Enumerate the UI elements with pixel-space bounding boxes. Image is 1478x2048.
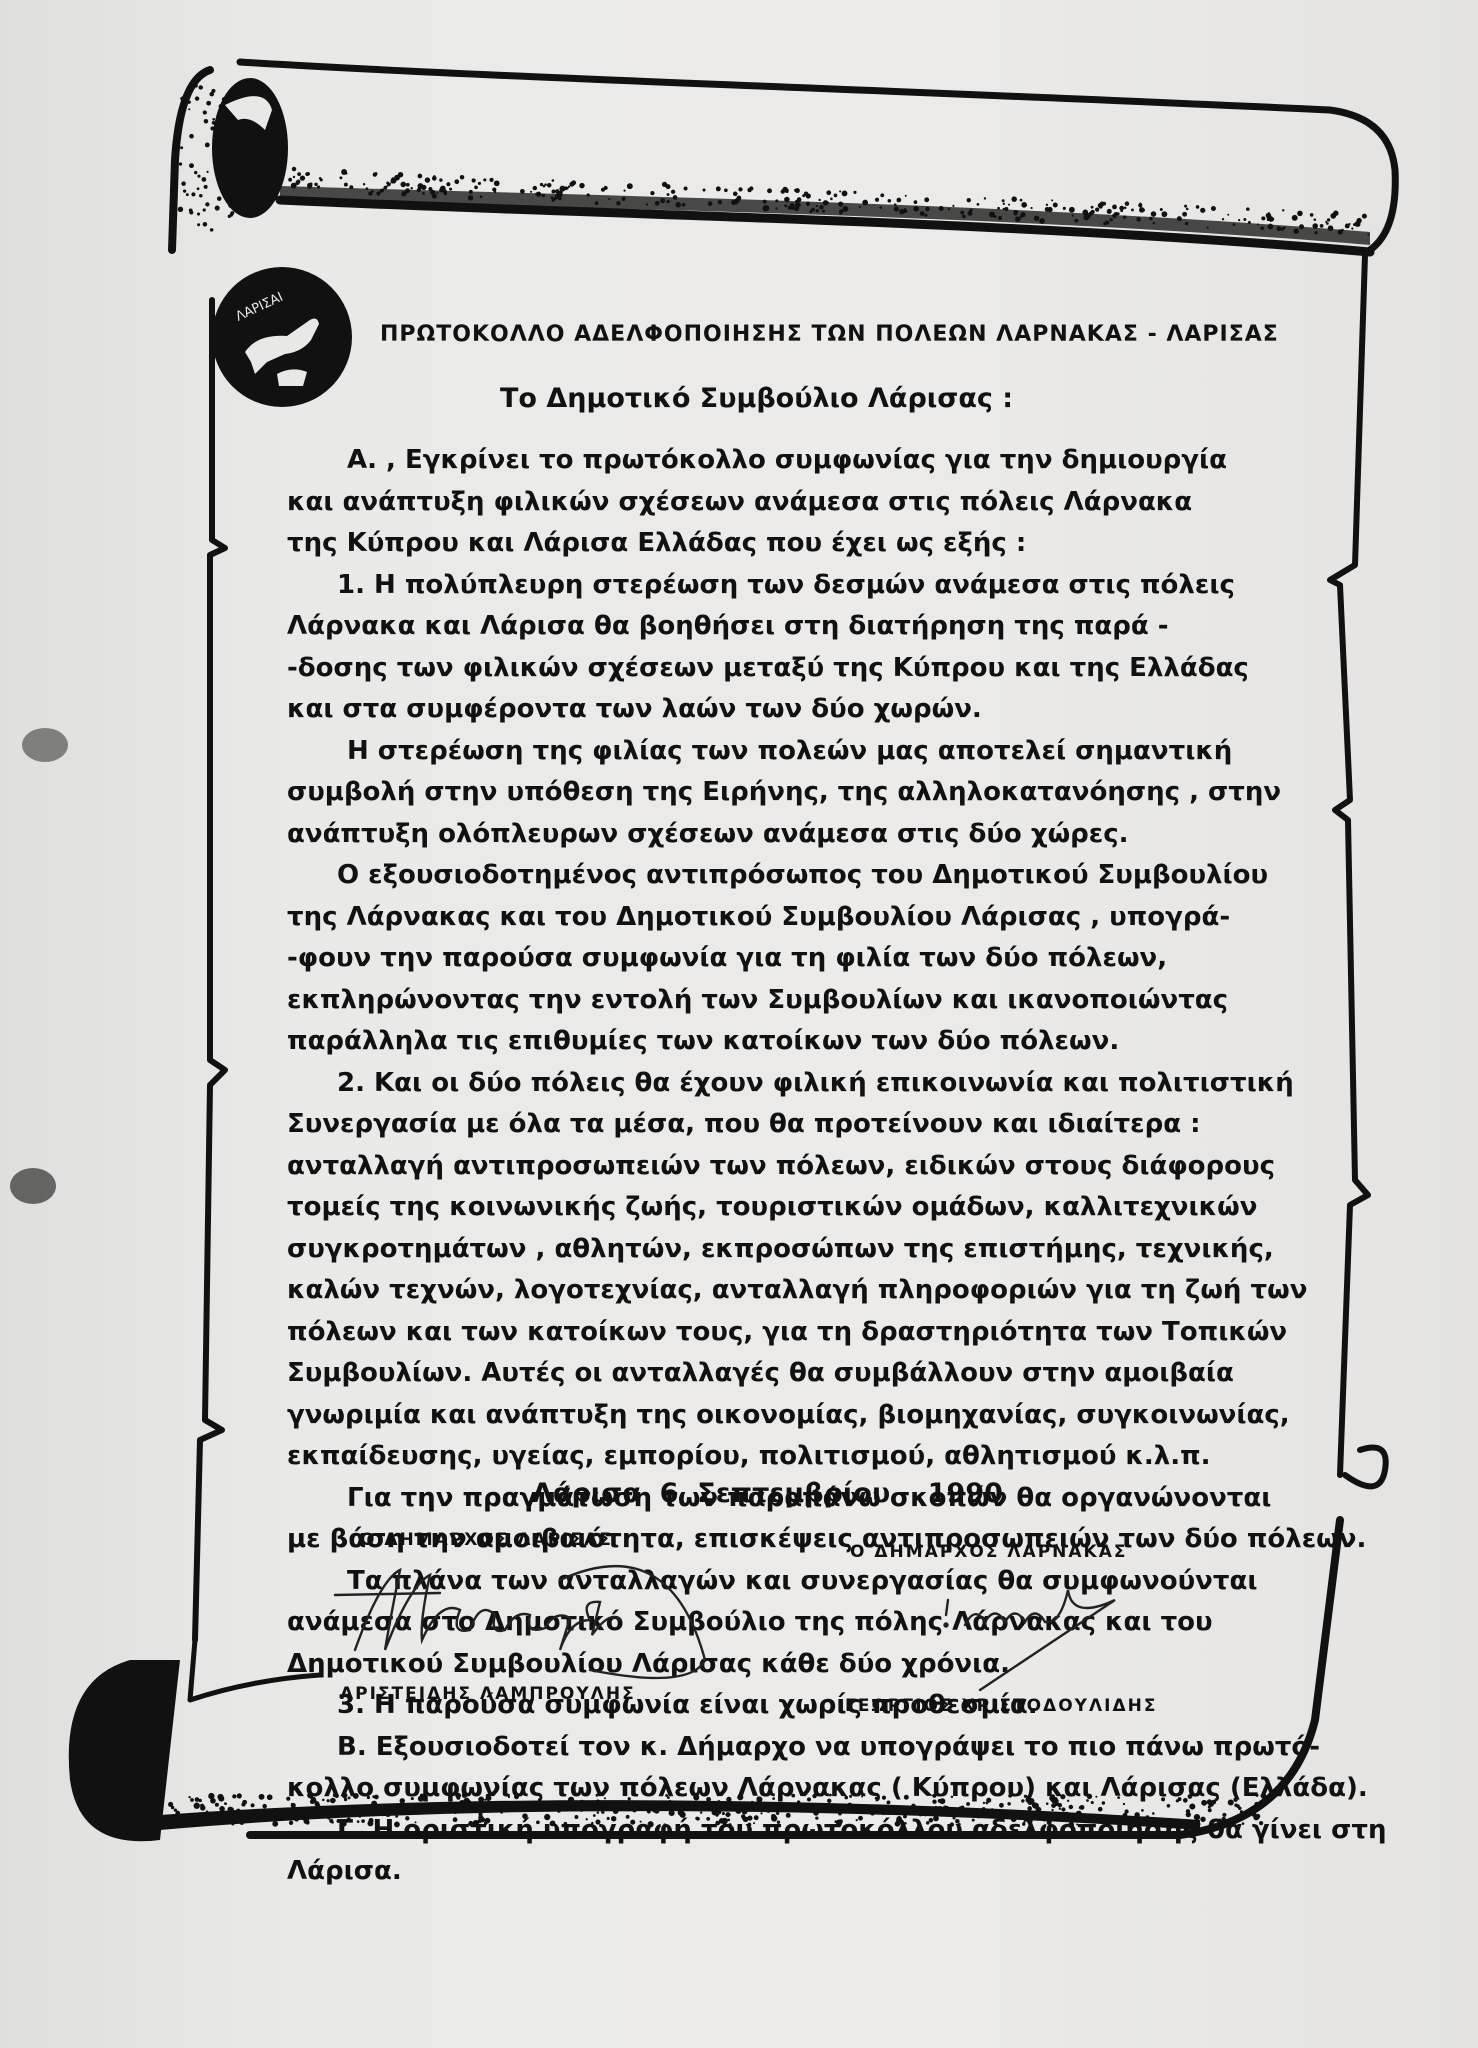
body-line: πόλεων και των κατοίκων τους, για τη δρα… [287,1312,1327,1354]
body-line: συμβολή στην υπόθεση της Ειρήνης, της αλ… [287,772,1327,814]
body-line: Λάρισα. [287,1851,1327,1893]
body-line: παράλληλα τις επιθυμίες των κατοίκων των… [287,1021,1327,1063]
document-subheading: Το Δημοτικό Συμβούλιο Λάρισας : [500,383,1013,414]
ancient-coin-horse-icon: ΛΑΡΙΣΑΙ [207,262,357,412]
body-line: Ο εξουσιοδοτημένος αντιπρόσωπος του Δημο… [287,855,1327,897]
body-line: Γ. Η οριστική υπογραφή του πρωτοκόλλου α… [287,1810,1327,1852]
signatory-name-larnaca: ΓΕΩΡΓΙΟΣ ΧΡΙΣΤΟΔΟΥΛΙΔΗΣ [845,1696,1157,1716]
emblem-coin: ΛΑΡΙΣΑΙ [207,262,357,412]
body-line: και στα συμφέροντα των λαών των δύο χωρώ… [287,689,1327,731]
body-line: 1. Η πολύπλευρη στερέωση των δεσμών ανάμ… [287,565,1327,607]
body-line: τομείς της κοινωνικής ζωής, τουριστικών … [287,1187,1327,1229]
signatory-title-larnaca: Ο ΔΗΜΑΡΧΟΣ ΛΑΡΝΑΚΑΣ [850,1542,1127,1562]
body-line: Η στερέωση της φιλίας των πολεών μας απο… [287,731,1327,773]
body-line: της Κύπρου και Λάρισα Ελλάδας που έχει ω… [287,523,1327,565]
body-line: ανταλλαγή αντιπροσωπειών των πόλεων, ειδ… [287,1146,1327,1188]
body-line: συγκροτημάτων , αθλητών, εκπροσώπων της … [287,1229,1327,1271]
handwritten-signature-icon [940,1580,1200,1700]
body-line: καλών τεχνών, λογοτεχνίας, ανταλλαγή πλη… [287,1270,1327,1312]
body-line: της Λάρνακας και του Δημοτικού Συμβουλίο… [287,897,1327,939]
body-line: Συμβουλίων. Αυτές οι ανταλλαγές θα συμβά… [287,1353,1327,1395]
handwritten-signature-icon [330,1540,770,1690]
body-line: 2. Και οι δύο πόλεις θα έχουν φιλική επι… [287,1063,1327,1105]
body-line: γνωριμία και ανάπτυξη της οικονομίας, βι… [287,1395,1327,1437]
body-line: Α. , Εγκρίνει το πρωτόκολλο συμφωνίας γι… [287,440,1327,482]
signatory-name-larisa: ΑΡΙΣΤΕΙΔΗΣ ΛΑΜΠΡΟΥΛΗΣ [340,1684,636,1704]
body-line: -δοσης των φιλικών σχέσεων μεταξύ της Κύ… [287,648,1327,690]
body-line: Λάρνακα και Λάρισα θα βοηθήσει στη διατή… [287,606,1327,648]
body-line: ανάπτυξη ολόπλευρων σχέσεων ανάμεσα στις… [287,814,1327,856]
body-line: Β. Εξουσιοδοτεί τον κ. Δήμαρχο να υπογρά… [287,1727,1327,1769]
body-line: εκπληρώνοντας την εντολή των Συμβουλίων … [287,980,1327,1022]
body-line: εκπαίδευσης, υγείας, εμπορίου, πολιτισμο… [287,1436,1327,1478]
body-line: και ανάπτυξη φιλικών σχέσεων ανάμεσα στι… [287,482,1327,524]
body-line: κολλο συμφωνίας των πόλεων Λάρνακας ( Κύ… [287,1768,1327,1810]
body-line: -φουν την παρούσα συμφωνία για τη φιλία … [287,938,1327,980]
date-line: Λάρισα 6 Σεπτεμβρίου 1990 [532,1478,1003,1509]
body-line: Συνεργασία με όλα τα μέσα, που θα προτεί… [287,1104,1327,1146]
document-heading: ΠΡΩΤΟΚΟΛΛΟ ΑΔΕΛΦΟΠΟΙΗΣΗΣ ΤΩΝ ΠΟΛΕΩΝ ΛΑΡΝ… [380,322,1279,347]
